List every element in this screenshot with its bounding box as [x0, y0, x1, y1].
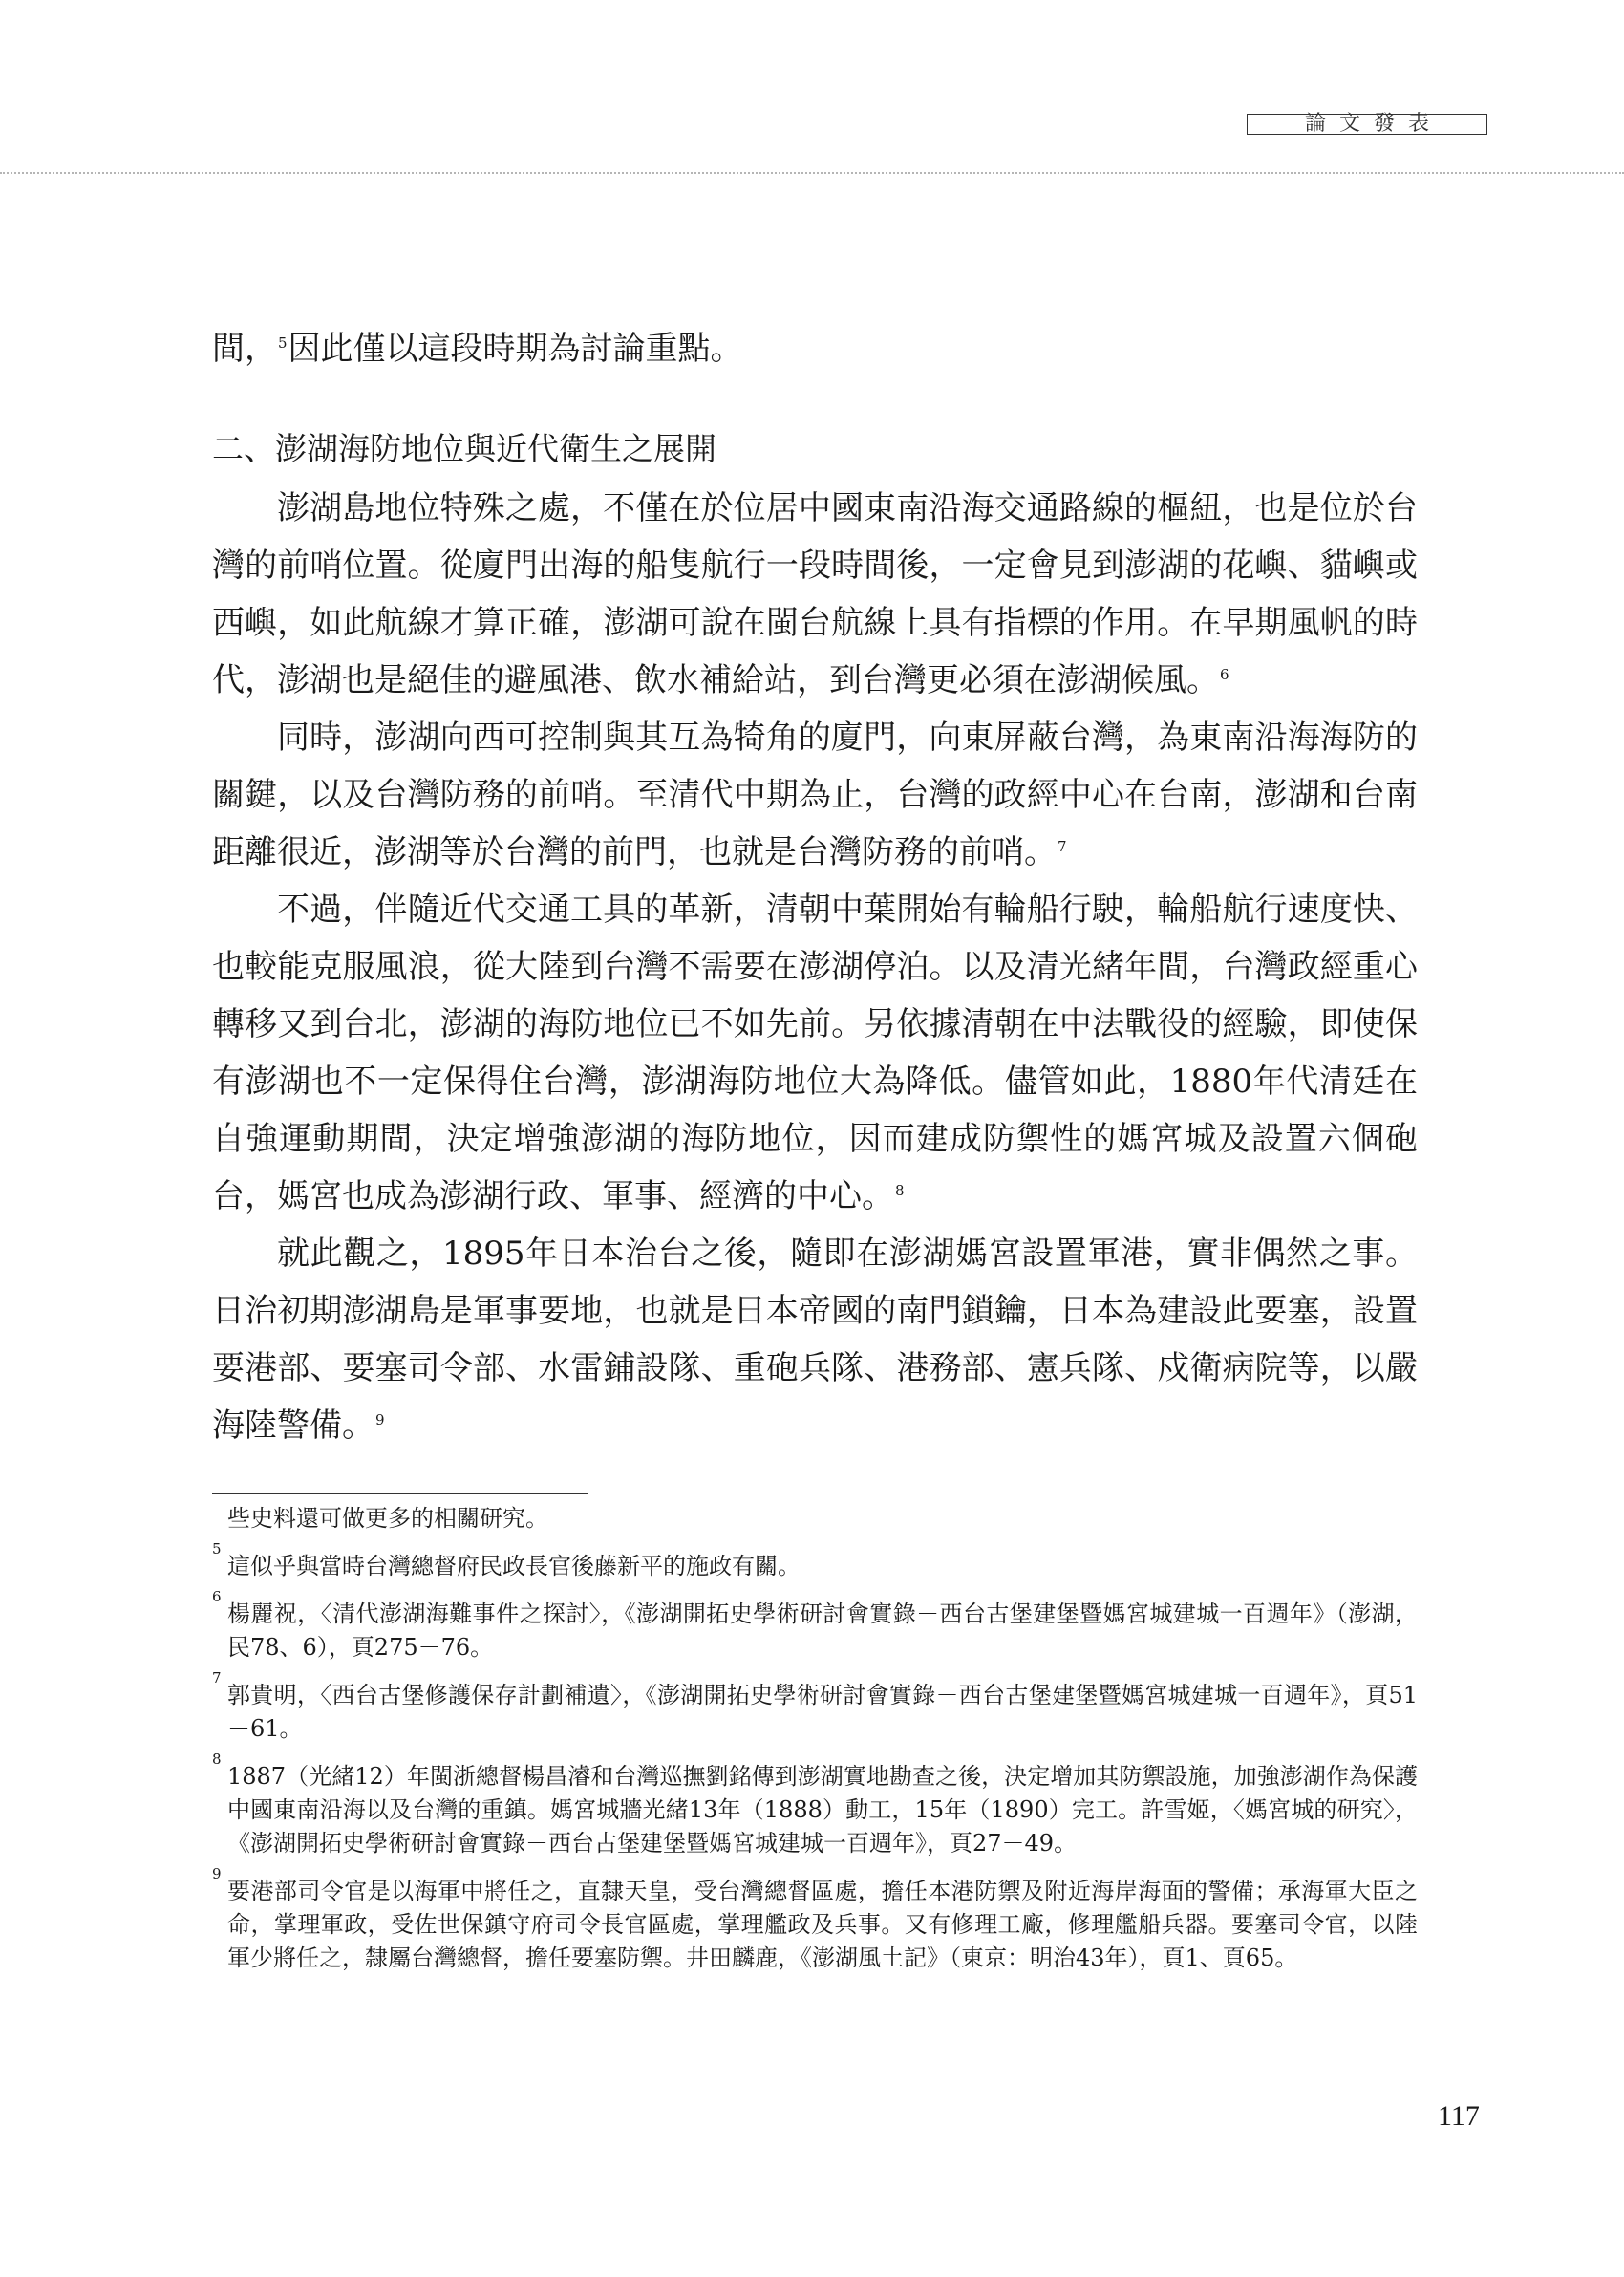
paragraph-text: 同時，澎湖向西可控制與其互為犄角的廈門，向東屏蔽台灣，為東南沿海海防的關鍵，以及… — [212, 719, 1418, 871]
footnote-number: 6 — [212, 1590, 222, 1604]
footnote-ref[interactable]: 7 — [1058, 838, 1067, 855]
paragraph-text: 間， — [212, 330, 277, 368]
footnote-text: 1887（光緒12）年閩浙總督楊昌濬和台灣巡撫劉銘傳到澎湖實地勘查之後，決定增加… — [227, 1763, 1418, 1857]
running-header-section-label: 論文發表 — [1247, 114, 1487, 135]
footnotes: 些史料還可做更多的相關研究。 5這似乎與當時台灣總督府民政長官後藤新平的施政有關… — [212, 1502, 1418, 1989]
paragraph-continuation: 間，5因此僅以這段時期為討論重點。 — [212, 320, 1418, 377]
continued-paragraph: 間，5因此僅以這段時期為討論重點。 — [212, 320, 1418, 377]
footnote-text: 楊麗祝，〈清代澎湖海難事件之探討〉，《澎湖開拓史學術研討會實錄－西台古堡建堡暨媽… — [227, 1600, 1418, 1661]
footnote-number: 7 — [212, 1671, 222, 1686]
header-dotted-divider — [0, 172, 1624, 174]
footnote-ref[interactable]: 8 — [895, 1182, 905, 1199]
footnote-ref[interactable]: 6 — [1220, 666, 1229, 683]
paragraph: 同時，澎湖向西可控制與其互為犄角的廈門，向東屏蔽台灣，為東南沿海海防的關鍵，以及… — [212, 709, 1418, 881]
footnote-5: 5這似乎與當時台灣總督府民政長官後藤新平的施政有關。 — [212, 1550, 1418, 1583]
footnote-text: 郭貴明，〈西台古堡修護保存計劃補遺〉，《澎湖開拓史學術研討會實錄－西台古堡建堡暨… — [227, 1682, 1418, 1742]
footnote-ref[interactable]: 9 — [375, 1411, 385, 1428]
paragraph-text: 不過，伴隨近代交通工具的革新，清朝中葉開始有輪船行駛，輪船航行速度快、也較能克服… — [212, 891, 1418, 1215]
footnote-text: 要港部司令官是以海軍中將任之，直隸天皇，受台灣總督區處，擔任本港防禦及附近海岸海… — [227, 1878, 1418, 1971]
footnote-number: 9 — [212, 1867, 222, 1881]
paragraph-text: 就此觀之，1895年日本治台之後，隨即在澎湖媽宮設置軍港，實非偶然之事。日治初期… — [212, 1235, 1418, 1445]
page-number: 117 — [1438, 2100, 1480, 2133]
paragraph: 澎湖島地位特殊之處，不僅在於位居中國東南沿海交通路線的樞紐，也是位於台灣的前哨位… — [212, 480, 1418, 709]
paragraph-text: 澎湖島地位特殊之處，不僅在於位居中國東南沿海交通路線的樞紐，也是位於台灣的前哨位… — [212, 489, 1418, 699]
paragraph: 不過，伴隨近代交通工具的革新，清朝中葉開始有輪船行駛，輪船航行速度快、也較能克服… — [212, 881, 1418, 1225]
footnote-7: 7郭貴明，〈西台古堡修護保存計劃補遺〉，《澎湖開拓史學術研討會實錄－西台古堡建堡… — [212, 1679, 1418, 1746]
footnote-continuation: 些史料還可做更多的相關研究。 — [212, 1502, 1418, 1536]
section-heading: 二、澎湖海防地位與近代衛生之展開 — [212, 428, 716, 470]
footnote-ref[interactable]: 5 — [278, 334, 288, 352]
footnote-9: 9要港部司令官是以海軍中將任之，直隸天皇，受台灣總督區處，擔任本港防禦及附近海岸… — [212, 1875, 1418, 1975]
footnote-text: 這似乎與當時台灣總督府民政長官後藤新平的施政有關。 — [227, 1553, 801, 1579]
footnote-text: 些史料還可做更多的相關研究。 — [227, 1505, 548, 1532]
footnote-separator — [212, 1493, 588, 1494]
footnote-8: 81887（光緒12）年閩浙總督楊昌濬和台灣巡撫劉銘傳到澎湖實地勘查之後，決定增… — [212, 1760, 1418, 1860]
footnote-number: 5 — [212, 1542, 222, 1557]
main-body: 澎湖島地位特殊之處，不僅在於位居中國東南沿海交通路線的樞紐，也是位於台灣的前哨位… — [212, 480, 1418, 1454]
paragraph: 就此觀之，1895年日本治台之後，隨即在澎湖媽宮設置軍港，實非偶然之事。日治初期… — [212, 1225, 1418, 1454]
paragraph-text: 因此僅以這段時期為討論重點。 — [288, 330, 743, 368]
footnote-6: 6楊麗祝，〈清代澎湖海難事件之探討〉，《澎湖開拓史學術研討會實錄－西台古堡建堡暨… — [212, 1598, 1418, 1665]
footnote-number: 8 — [212, 1752, 222, 1767]
